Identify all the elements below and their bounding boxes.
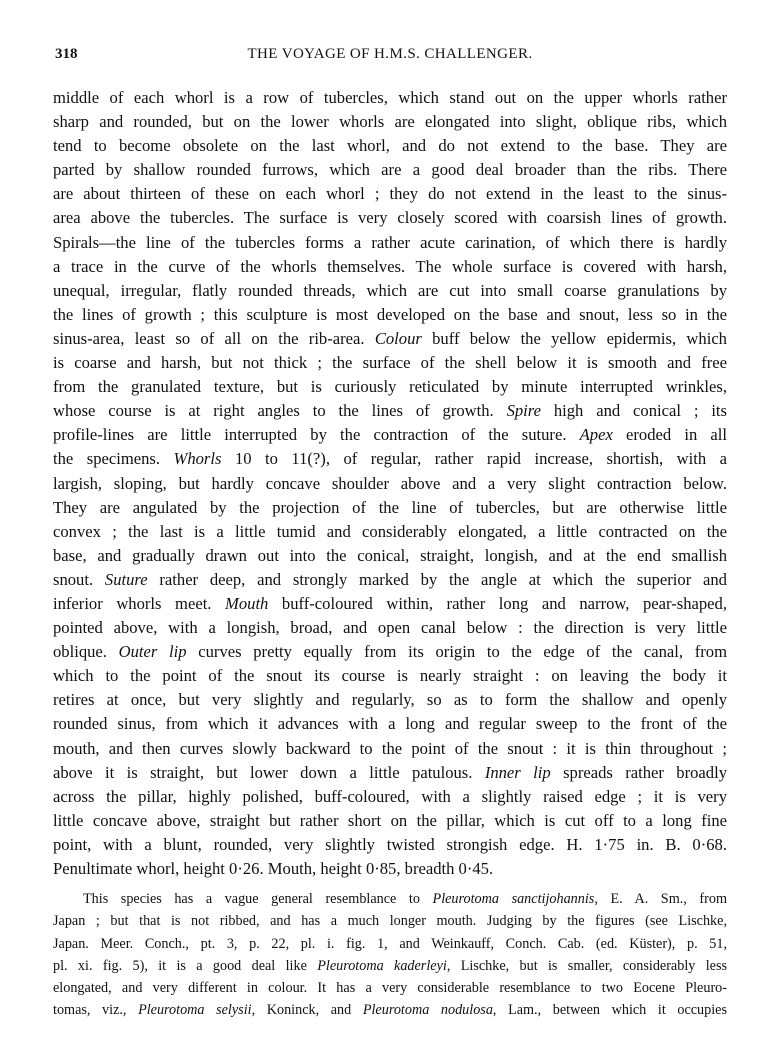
text-line: little concave above, straight but rathe… xyxy=(53,809,727,833)
text-run: pointed above, with a longish, broad, an… xyxy=(53,618,727,637)
text-run: which to the point of the snout its cour… xyxy=(53,666,727,685)
italic-term: Inner lip xyxy=(485,763,551,782)
text-run: This species has a vague general resembl… xyxy=(83,891,433,907)
text-line: profile-lines are little interrupted by … xyxy=(53,423,727,447)
text-run: area above the tubercles. The surface is… xyxy=(53,208,727,227)
text-line: middle of each whorl is a row of tubercl… xyxy=(53,86,727,110)
italic-term: Colour xyxy=(375,329,422,348)
text-run: retires at once, but very slightly and r… xyxy=(53,690,727,709)
italic-term: Apex xyxy=(580,425,613,444)
text-line: oblique. Outer lip curves pretty equally… xyxy=(53,640,727,664)
text-run: little concave above, straight but rathe… xyxy=(53,811,727,830)
italic-term: Pleurotoma selysii xyxy=(138,1002,252,1018)
text-run: curves pretty equally from its origin to… xyxy=(187,642,727,661)
text-run: , Lam., between which it occupies xyxy=(493,1002,727,1018)
text-line: elongated, and very different in colour.… xyxy=(53,977,727,999)
text-run: across the pillar, highly polished, buff… xyxy=(53,787,727,806)
italic-term: Spire xyxy=(507,401,541,420)
text-run: rounded sinus, from which it advances wi… xyxy=(53,714,727,733)
italic-term: Pleurotoma nodulosa xyxy=(363,1002,493,1018)
text-line: Japan ; but that is not ribbed, and has … xyxy=(53,910,727,932)
italic-term: Whorls xyxy=(174,449,222,468)
text-run: the lines of growth ; this sculpture is … xyxy=(53,305,727,324)
text-run: parted by shallow rounded furrows, which… xyxy=(53,160,727,179)
text-run: point, with a blunt, rounded, very sligh… xyxy=(53,835,727,854)
text-line: pointed above, with a longish, broad, an… xyxy=(53,616,727,640)
text-line: the specimens. Whorls 10 to 11(?), of re… xyxy=(53,447,727,471)
text-line: sharp and rounded, but on the lower whor… xyxy=(53,110,727,134)
text-line: base, and gradually drawn out into the c… xyxy=(53,544,727,568)
text-line: a trace in the curve of the whorls thems… xyxy=(53,255,727,279)
text-run: inferior whorls meet. xyxy=(53,594,225,613)
text-run: sharp and rounded, but on the lower whor… xyxy=(53,112,727,131)
text-line: point, with a blunt, rounded, very sligh… xyxy=(53,833,727,857)
text-run: They are angulated by the projection of … xyxy=(53,498,727,517)
text-run: tend to become obsolete on the last whor… xyxy=(53,136,727,155)
text-line: tend to become obsolete on the last whor… xyxy=(53,134,727,158)
text-run: the specimens. xyxy=(53,449,174,468)
text-run: above it is straight, but lower down a l… xyxy=(53,763,485,782)
text-run: is coarse and harsh, but not thick ; the… xyxy=(53,353,727,372)
text-run: , Lischke, but is smaller, considerably … xyxy=(447,958,727,974)
running-head: 318 THE VOYAGE OF H.M.S. CHALLENGER. xyxy=(53,46,727,66)
text-run: Japan ; but that is not ribbed, and has … xyxy=(53,913,727,929)
text-run: high and conical ; its xyxy=(541,401,727,420)
text-run: buff below the yellow epidermis, which xyxy=(422,329,727,348)
body-paragraph: middle of each whorl is a row of tubercl… xyxy=(53,86,727,881)
text-line: whose course is at right angles to the l… xyxy=(53,399,727,423)
italic-term: Suture xyxy=(105,570,148,589)
text-run: middle of each whorl is a row of tubercl… xyxy=(53,88,727,107)
text-run: largish, sloping, but hardly concave sho… xyxy=(53,474,727,493)
text-run: 10 to 11(?), of regular, rather rapid in… xyxy=(221,449,727,468)
text-line: from the granulated texture, but is curi… xyxy=(53,375,727,399)
text-run: convex ; the last is a little tumid and … xyxy=(53,522,727,541)
text-line: This species has a vague general resembl… xyxy=(53,888,727,910)
footnote-paragraph: This species has a vague general resembl… xyxy=(53,888,727,1022)
text-line: rounded sinus, from which it advances wi… xyxy=(53,712,727,736)
text-line: unequal, irregular, flatly rounded threa… xyxy=(53,279,727,303)
text-line: is coarse and harsh, but not thick ; the… xyxy=(53,351,727,375)
text-run: eroded in all xyxy=(613,425,727,444)
text-run: Penultimate whorl, height 0·26. Mouth, h… xyxy=(53,859,493,878)
text-line: Japan. Meer. Conch., pt. 3, p. 22, pl. i… xyxy=(53,933,727,955)
text-run: whose course is at right angles to the l… xyxy=(53,401,507,420)
text-run: , E. A. Sm., from xyxy=(594,891,727,907)
text-run: base, and gradually drawn out into the c… xyxy=(53,546,727,565)
text-run: spreads rather broadly xyxy=(551,763,727,782)
text-run: profile-lines are little interrupted by … xyxy=(53,425,580,444)
text-line: Spirals—the line of the tubercles forms … xyxy=(53,231,727,255)
text-line: inferior whorls meet. Mouth buff-coloure… xyxy=(53,592,727,616)
text-run: elongated, and very different in colour.… xyxy=(53,980,727,996)
text-run: pl. xi. fig. 5), it is a good deal like xyxy=(53,958,317,974)
text-run: Japan. Meer. Conch., pt. 3, p. 22, pl. i… xyxy=(53,936,727,952)
text-line: area above the tubercles. The surface is… xyxy=(53,206,727,230)
text-line: Penultimate whorl, height 0·26. Mouth, h… xyxy=(53,857,727,881)
text-line: convex ; the last is a little tumid and … xyxy=(53,520,727,544)
text-run: sinus-area, least so of all on the rib-a… xyxy=(53,329,375,348)
text-line: parted by shallow rounded furrows, which… xyxy=(53,158,727,182)
text-line: retires at once, but very slightly and r… xyxy=(53,688,727,712)
italic-term: Pleurotoma sanctijohannis xyxy=(433,891,595,907)
text-run: oblique. xyxy=(53,642,119,661)
text-line: snout. Suture rather deep, and strongly … xyxy=(53,568,727,592)
text-line: above it is straight, but lower down a l… xyxy=(53,761,727,785)
text-line: largish, sloping, but hardly concave sho… xyxy=(53,472,727,496)
text-run: buff-coloured within, rather long and na… xyxy=(268,594,727,613)
text-run: , Koninck, and xyxy=(252,1002,363,1018)
text-run: snout. xyxy=(53,570,105,589)
italic-term: Mouth xyxy=(225,594,268,613)
text-line: across the pillar, highly polished, buff… xyxy=(53,785,727,809)
text-line: which to the point of the snout its cour… xyxy=(53,664,727,688)
text-run: from the granulated texture, but is curi… xyxy=(53,377,727,396)
text-run: unequal, irregular, flatly rounded threa… xyxy=(53,281,727,300)
text-run: rather deep, and strongly marked by the … xyxy=(148,570,727,589)
running-title: THE VOYAGE OF H.M.S. CHALLENGER. xyxy=(53,46,727,63)
text-run: tomas, viz., xyxy=(53,1002,138,1018)
italic-term: Pleurotoma kaderleyi xyxy=(317,958,447,974)
text-line: tomas, viz., Pleurotoma selysii, Koninck… xyxy=(53,999,727,1021)
text-line: They are angulated by the projection of … xyxy=(53,496,727,520)
text-run: a trace in the curve of the whorls thems… xyxy=(53,257,727,276)
text-line: mouth, and then curves slowly backward t… xyxy=(53,737,727,761)
italic-term: Outer lip xyxy=(119,642,187,661)
text-run: are about thirteen of these on each whor… xyxy=(53,184,727,203)
text-run: mouth, and then curves slowly backward t… xyxy=(53,739,727,758)
text-line: are about thirteen of these on each whor… xyxy=(53,182,727,206)
text-run: Spirals—the line of the tubercles forms … xyxy=(53,233,727,252)
text-line: sinus-area, least so of all on the rib-a… xyxy=(53,327,727,351)
text-line: the lines of growth ; this sculpture is … xyxy=(53,303,727,327)
text-line: pl. xi. fig. 5), it is a good deal like … xyxy=(53,955,727,977)
